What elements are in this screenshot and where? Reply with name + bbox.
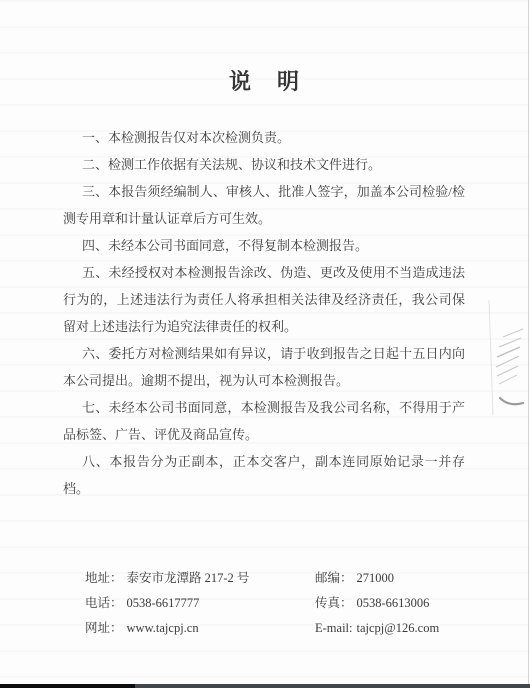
fax-label: 传真：: [315, 596, 353, 610]
note-item-8: 八、本报告分为正副本，正本交客户，副本连同原始记录一并存档。: [63, 448, 465, 502]
website-value: www.tajcpj.cn: [127, 621, 199, 635]
email-field: E-mail:tajcpj@126.com: [315, 616, 465, 641]
note-item-2: 二、检测工作依据有关法规、协议和技术文件进行。: [63, 151, 465, 178]
postcode-value: 271000: [357, 571, 395, 585]
address-label: 地址：: [85, 571, 123, 585]
email-label: E-mail:: [315, 621, 353, 635]
phone-label: 电话：: [85, 596, 123, 610]
footer-row-phone: 电话：0538-6617777 传真：0538-6613006: [85, 591, 465, 616]
website-label: 网址：: [85, 621, 123, 635]
postcode-label: 邮编：: [315, 571, 353, 585]
note-item-1: 一、本检测报告仅对本次检测负责。: [63, 124, 465, 151]
fax-field: 传真：0538-6613006: [315, 591, 465, 616]
phone-field: 电话：0538-6617777: [85, 591, 315, 616]
scanned-report-notes-page: 说 明 一、本检测报告仅对本次检测负责。 二、检测工作依据有关法规、协议和技术文…: [0, 0, 530, 688]
website-field: 网址：www.tajcpj.cn: [85, 616, 315, 641]
scan-margin-pencil-marks: [483, 295, 530, 420]
note-item-7: 七、未经本公司书面同意，本检测报告及我公司名称，不得用于产品标签、广告、评优及商…: [63, 394, 465, 448]
postcode-field: 邮编：271000: [315, 566, 465, 591]
scan-bottom-strip-gray-segment: [135, 684, 530, 688]
page-title: 说 明: [0, 67, 530, 97]
address-value: 泰安市龙潭路 217-2 号: [127, 571, 250, 585]
notes-list: 一、本检测报告仅对本次检测负责。 二、检测工作依据有关法规、协议和技术文件进行。…: [63, 124, 465, 502]
fax-value: 0538-6613006: [357, 596, 430, 610]
email-value: tajcpj@126.com: [357, 621, 440, 635]
note-item-6: 六、委托方对检测结果如有异议，请于收到报告之日起十五日内向本公司提出。逾期不提出…: [63, 340, 465, 394]
footer-row-address: 地址：泰安市龙潭路 217-2 号 邮编：271000: [85, 566, 465, 591]
phone-value: 0538-6617777: [127, 596, 200, 610]
note-item-5: 五、未经授权对本检测报告涂改、伪造、更改及使用不当造成违法行为的，上述违法行为责…: [63, 259, 465, 340]
scan-bottom-strip-dark-segment: [0, 684, 135, 688]
footer-row-web: 网址：www.tajcpj.cn E-mail:tajcpj@126.com: [85, 616, 465, 641]
note-item-3: 三、本报告须经编制人、审核人、批准人签字，加盖本公司检验/检测专用章和计量认证章…: [63, 178, 465, 232]
contact-footer: 地址：泰安市龙潭路 217-2 号 邮编：271000 电话：0538-6617…: [85, 566, 465, 641]
scan-bottom-edge-strip: [0, 684, 530, 688]
address-field: 地址：泰安市龙潭路 217-2 号: [85, 566, 315, 591]
note-item-4: 四、未经本公司书面同意，不得复制本检测报告。: [63, 232, 465, 259]
